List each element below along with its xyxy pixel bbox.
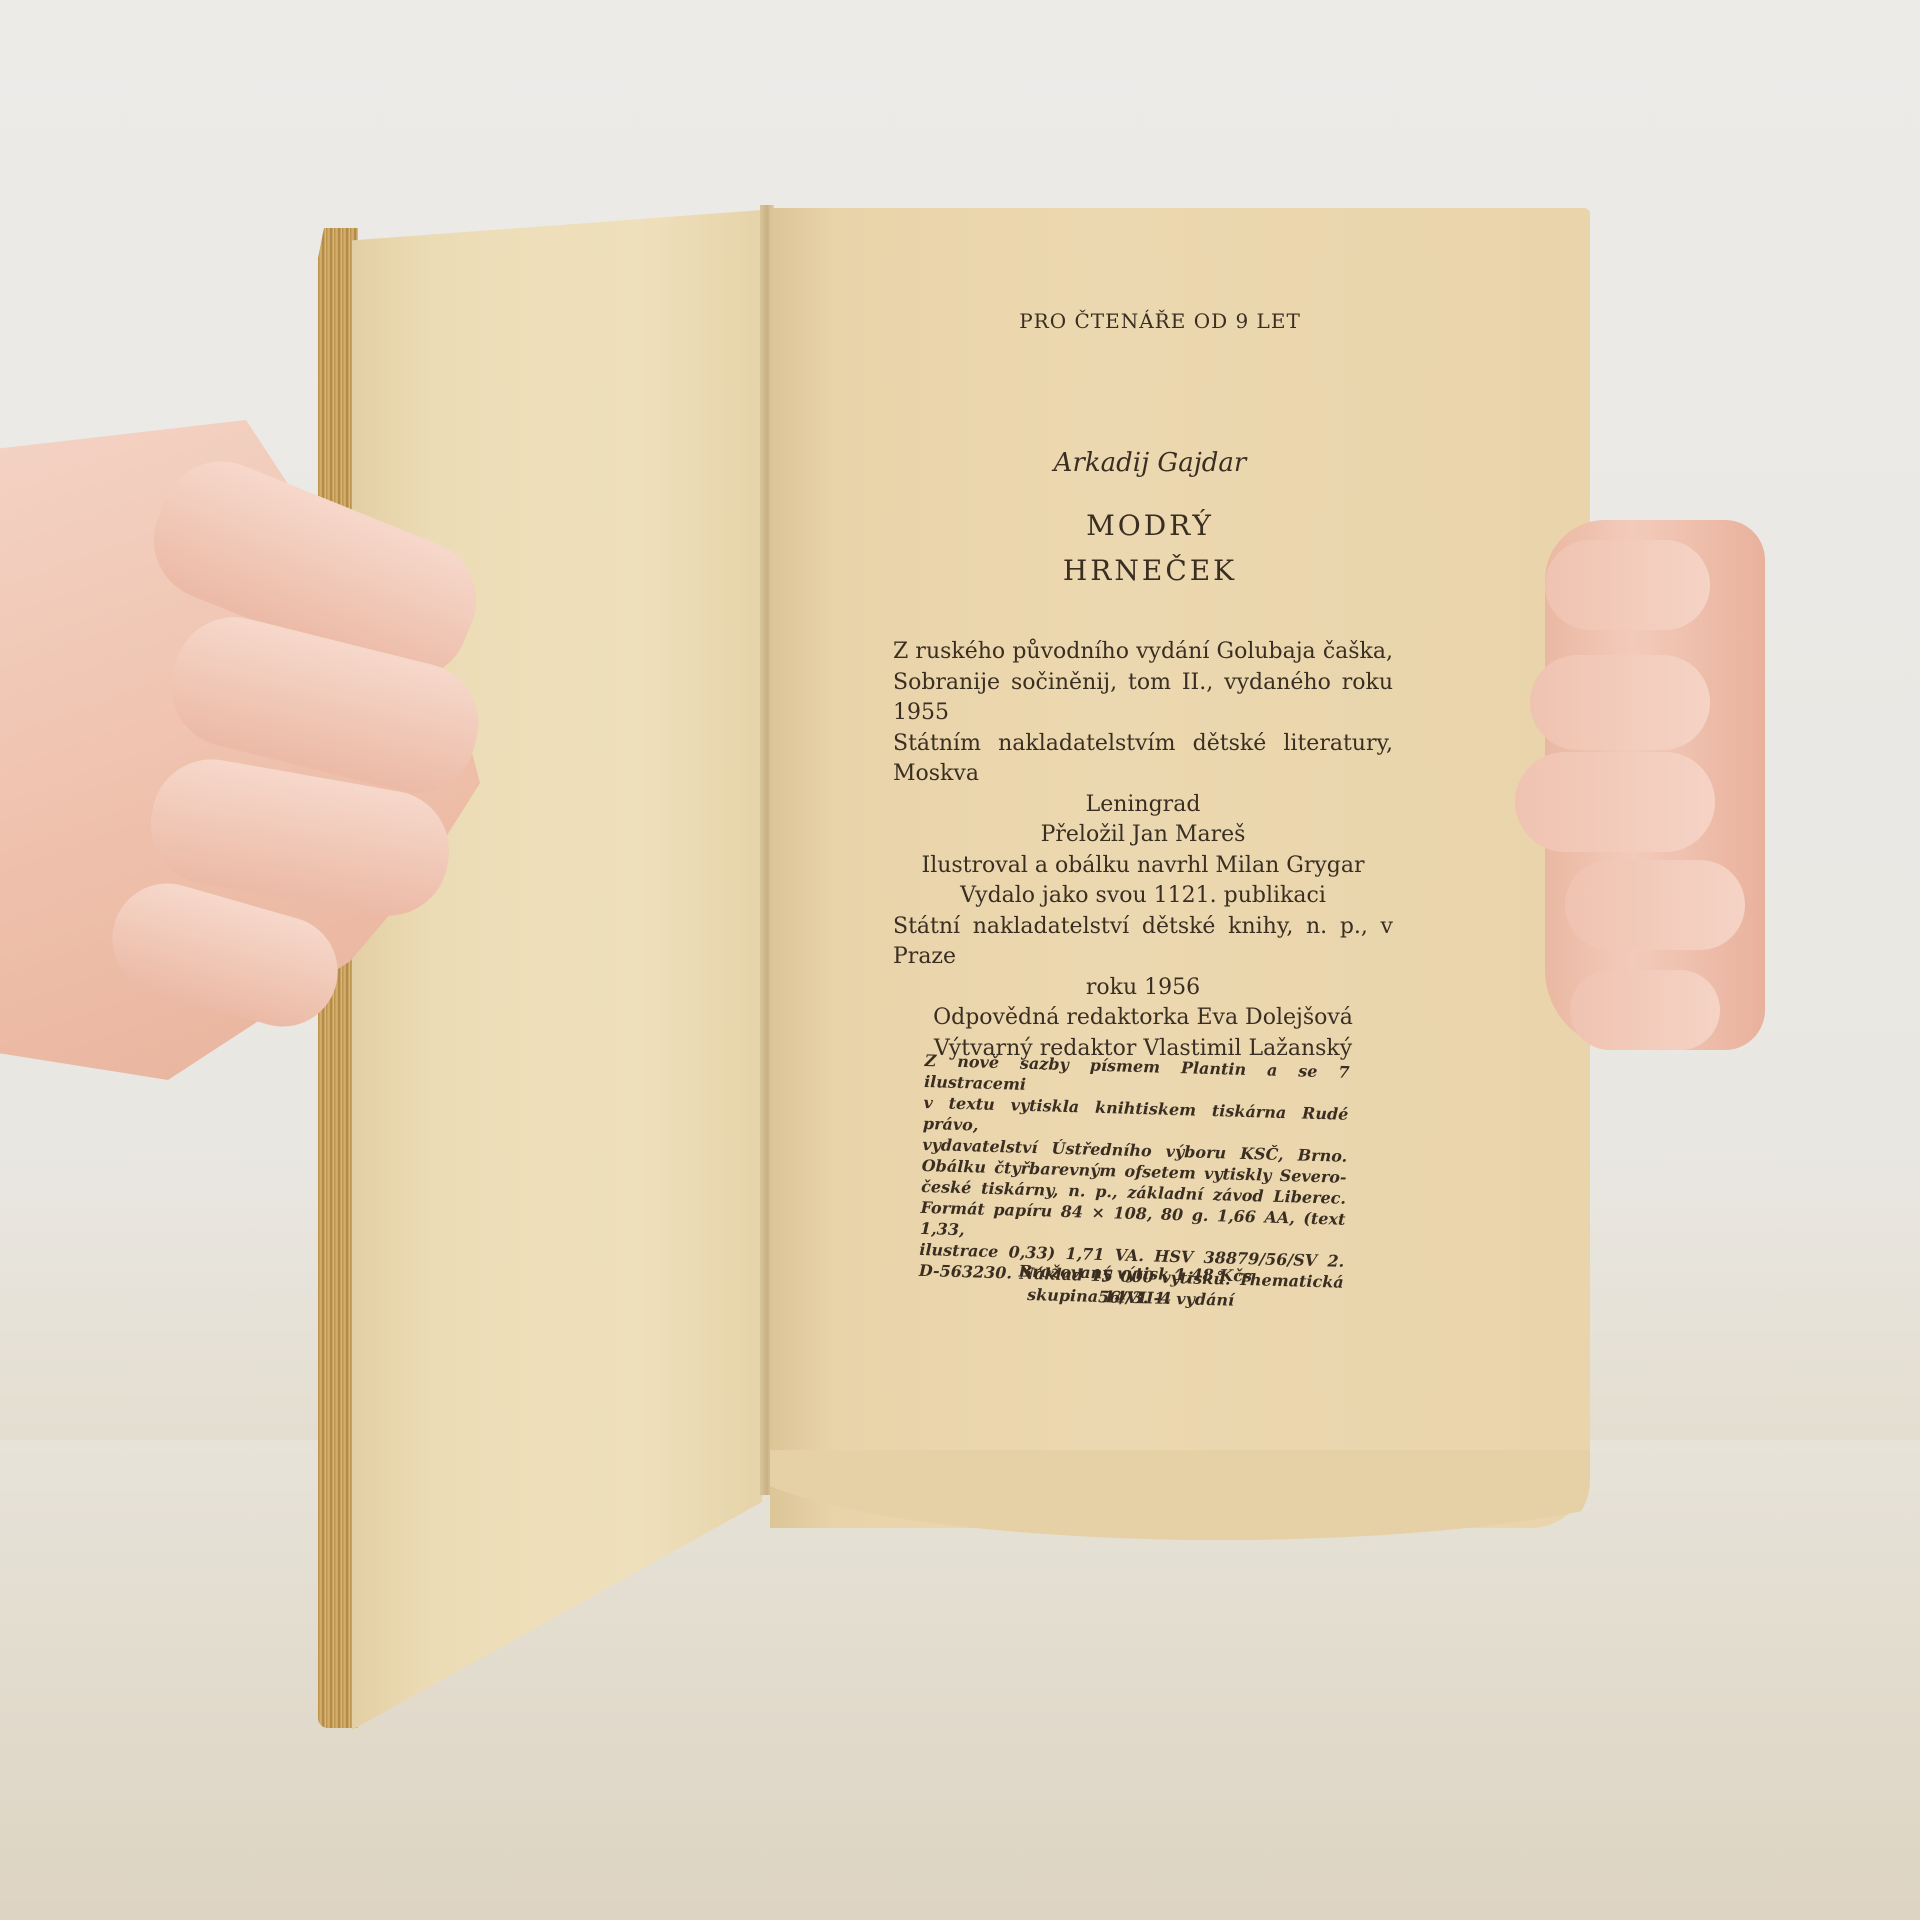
colophon-line: Státním nakladatelstvím dětské literatur… [893,729,1393,790]
left-page-blank [352,210,762,1730]
colophon-line: Přeložil Jan Mareš [893,820,1393,851]
colophon-line: Státní nakladatelství dětské knihy, n. p… [893,912,1393,973]
colophon-line: Z ruského původního vydání Golubaja čašk… [893,637,1393,668]
colophon-line: Odpovědná redaktorka Eva Dolejšová [893,1003,1393,1034]
right-hand-finger [1545,540,1710,630]
colophon-line: Sobranije sočiněnij, tom II., vydaného r… [893,668,1393,729]
series-label: PRO ČTENÁŘE OD 9 LET [1000,309,1320,333]
colophon: Z ruského původního vydání Golubaja čašk… [893,637,1393,1064]
colophon-line: Ilustroval a obálku navrhl Milan Grygar [893,851,1393,882]
colophon-line: Leningrad [893,790,1393,821]
colophon-line: Vydalo jako svou 1121. publikaci [893,881,1393,912]
title-line: HRNEČEK [1030,548,1270,593]
right-hand-finger [1530,655,1710,750]
right-hand-finger [1515,752,1715,852]
book-title: MODRÝ HRNEČEK [1030,503,1270,593]
author-name: Arkadij Gajdar [1030,448,1270,478]
right-hand-finger [1565,860,1745,950]
price-block: Brožovaný výtisk 1,48 Kčs 56/VII-4 [995,1259,1276,1313]
title-line: MODRÝ [1030,503,1270,548]
right-hand-finger [1570,970,1720,1050]
colophon-line: roku 1956 [893,973,1393,1004]
